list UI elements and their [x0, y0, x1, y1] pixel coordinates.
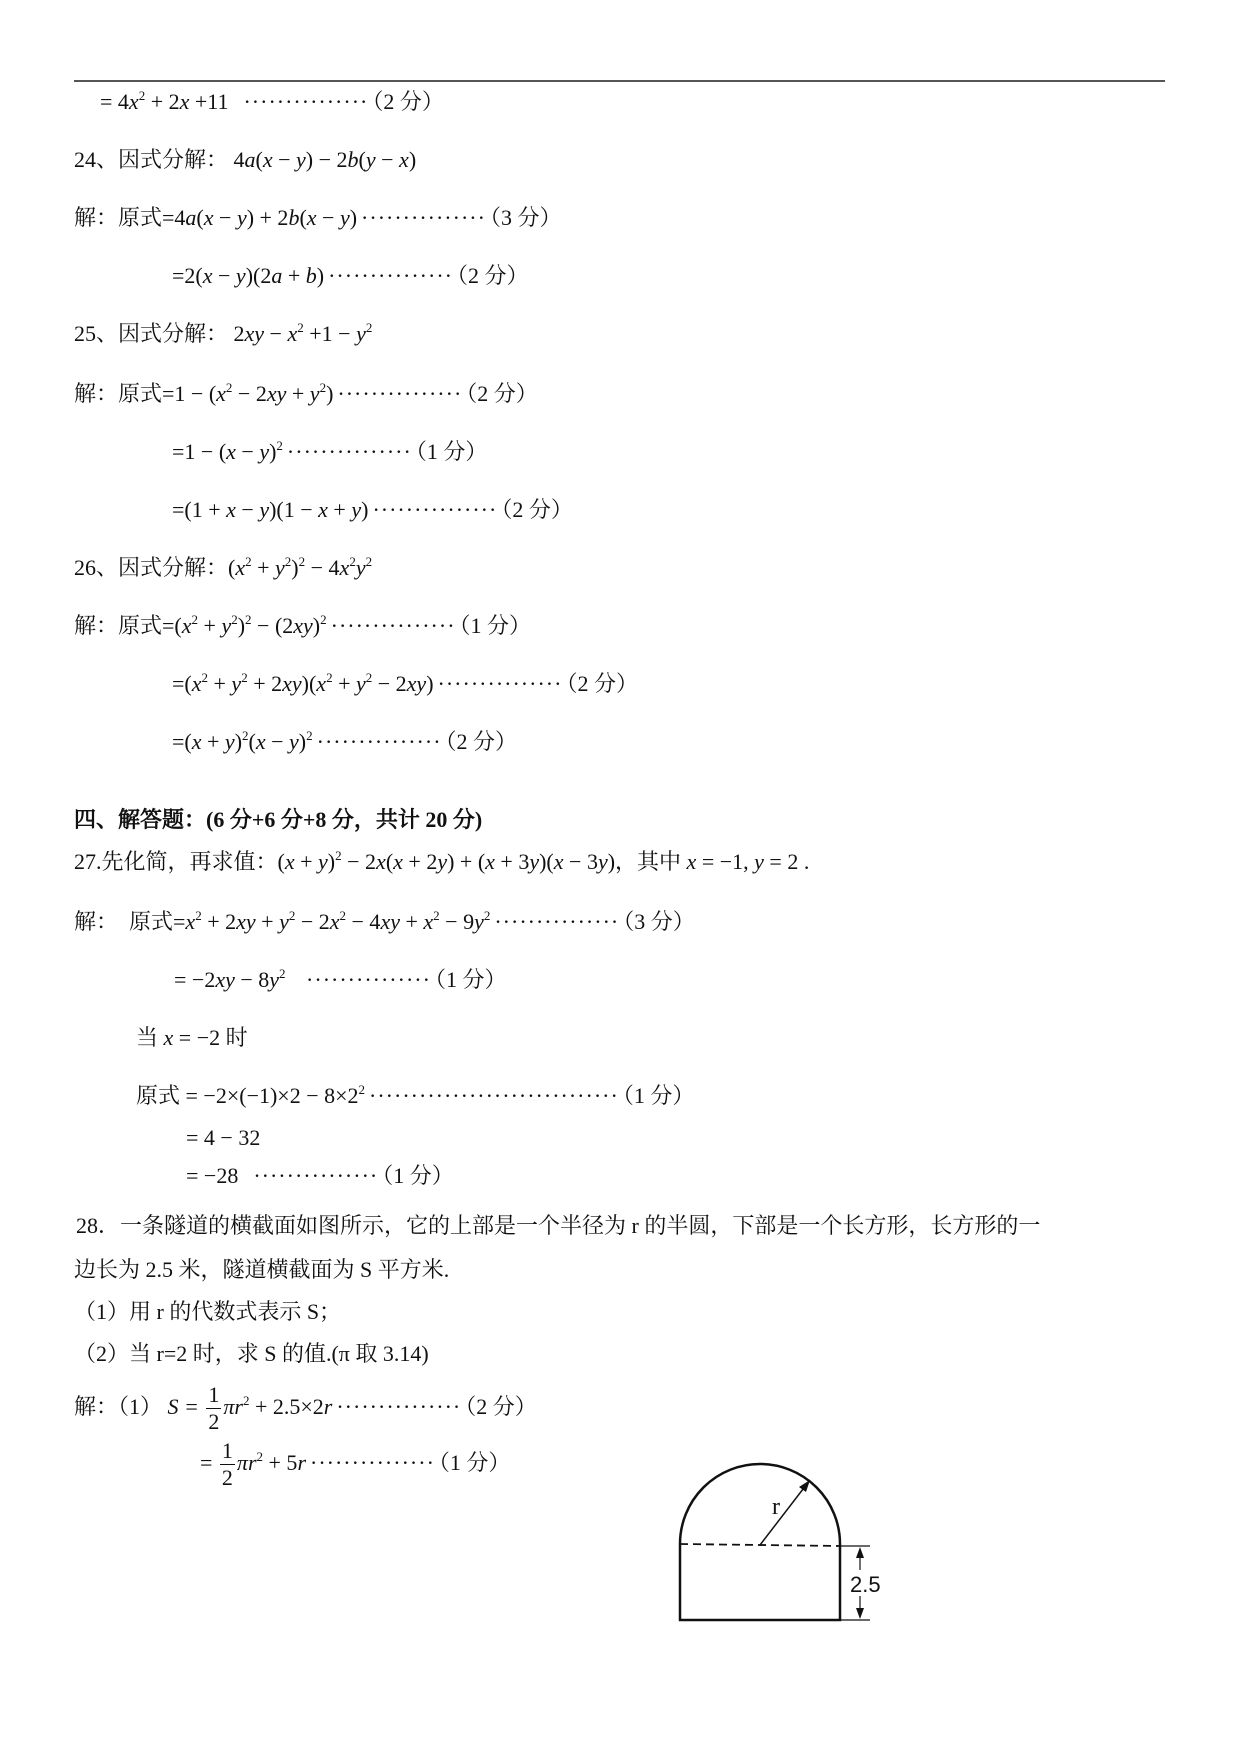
q24-prompt: 24、因式分解： 4a(x − y) − 2b(y − x) [74, 146, 416, 174]
q25-step2: =1 − (x − y)2···············（1 分） [172, 438, 487, 466]
score: （1 分） [416, 439, 488, 464]
height-label: 2.5 [850, 1572, 881, 1597]
score: （1 分） [623, 1083, 695, 1108]
leader-dots: ··············· [317, 729, 442, 754]
leader-dots: ··············· [337, 381, 462, 406]
tunnel-cross-section-figure: r 2.5 [660, 1440, 900, 1640]
section-4-heading: 四、解答题：(6 分+6 分+8 分，共计 20 分) [74, 806, 482, 834]
semicircle-arch [680, 1464, 840, 1544]
leader-dots: ··············· [336, 1394, 461, 1419]
q28-part2: （2）当 r=2 时，求 S 的值.(π 取 3.14) [74, 1340, 429, 1368]
score: （3 分） [490, 205, 562, 230]
S-lhs: S = [168, 1394, 205, 1419]
q27-prompt: 27.先化简，再求值：(x + y)2 − 2x(x + 2y) + (x + … [74, 848, 809, 876]
q27-condition: 当 x = −2 时 [136, 1024, 248, 1052]
q27-step5: = −28 ···············（1 分） [186, 1162, 454, 1190]
q24-step2: =2(x − y)(2a + b)···············（2 分） [172, 262, 529, 290]
q28-part1: （1）用 r 的代数式表示 S； [74, 1298, 341, 1326]
q25-prompt: 25、因式分解： 2xy − x2 +1 − y2 [74, 320, 372, 348]
score: （2 分） [372, 89, 444, 114]
score: （3 分） [623, 909, 695, 934]
solution-label: 解：原式= [74, 205, 174, 230]
score: （2 分） [465, 1394, 537, 1419]
arrow-up-icon [856, 1547, 864, 1558]
leader-dots: ··············· [310, 1450, 435, 1475]
radius-line [760, 1480, 810, 1545]
score: （2 分） [501, 497, 573, 522]
q27-step4: = 4 − 32 [186, 1124, 260, 1152]
solution-label: 解： 原式= [74, 909, 185, 934]
solution-label: 解：原式= [74, 381, 174, 406]
q25-label: 25、因式分解： [74, 321, 228, 346]
leader-dots: ··············· [306, 967, 431, 992]
q25-step3: =(1 + x − y)(1 − x + y)···············（2… [172, 496, 573, 524]
leader-dots: ··············· [494, 909, 619, 934]
header-rule [74, 80, 1165, 82]
q27-step1: 解： 原式=x2 + 2xy + y2 − 2x2 − 4xy + x2 − 9… [74, 908, 695, 936]
leader-dots: ······························ [369, 1083, 619, 1108]
q28-solution-step2: = 12πr2 + 5r···············（1 分） [200, 1436, 510, 1491]
q27-step3: 原式 = −2×(−1)×2 − 8×22···················… [136, 1082, 694, 1110]
result: = −28 [186, 1163, 238, 1188]
solution-label: 解：（1） [74, 1394, 162, 1419]
rectangle-outline [680, 1544, 840, 1620]
leader-dots: ··············· [253, 1163, 378, 1188]
leader-dots: ··············· [331, 613, 456, 638]
q26-step2: =(x2 + y2 + 2xy)(x2 + y2 − 2xy)·········… [172, 670, 638, 698]
score: （1 分） [439, 1450, 511, 1475]
score: （2 分） [466, 381, 538, 406]
q28-solution-step1: 解：（1） S = 12πr2 + 2.5×2r···············（… [74, 1380, 537, 1435]
fraction-one-half: 12 [220, 1438, 235, 1491]
q26-step3: =(x + y)2(x − y)2···············（2 分） [172, 728, 517, 756]
arrow-head-icon [799, 1480, 810, 1492]
q24-label: 24、因式分解： [74, 147, 228, 172]
leader-dots: ··············· [328, 263, 453, 288]
score: （1 分） [435, 967, 507, 992]
q26-step1: 解：原式=(x2 + y2)2 − (2xy)2···············（… [74, 612, 531, 640]
leader-dots: ··············· [243, 89, 368, 114]
leader-dots: ··············· [287, 439, 412, 464]
q24-step1: 解：原式=4a(x − y) + 2b(x − y)··············… [74, 204, 561, 232]
leader-dots: ··············· [372, 497, 497, 522]
q25-step1: 解：原式=1 − (x2 − 2xy + y2)···············（… [74, 380, 538, 408]
radius-label: r [772, 1494, 780, 1520]
q27-label: 27.先化简，再求值： [74, 849, 278, 874]
arrow-down-icon [856, 1608, 864, 1619]
q26-prompt: 26、因式分解：(x2 + y2)2 − 4x2y2 [74, 554, 372, 582]
fraction-one-half: 12 [206, 1382, 221, 1435]
solution-label: 解：原式= [74, 613, 174, 638]
original-expr-label: 原式 = [136, 1083, 203, 1108]
q26-label: 26、因式分解： [74, 555, 228, 580]
leader-dots: ··············· [438, 671, 563, 696]
score: （2 分） [566, 671, 638, 696]
score: （1 分） [382, 1163, 454, 1188]
q23-final-line: = 4x2 + 2x +11 ···············（2 分） [100, 88, 444, 116]
score: （2 分） [457, 263, 529, 288]
leader-dots: ··············· [361, 205, 486, 230]
q28-prompt-line2: 边长为 2.5 米，隧道横截面为 S 平方米. [74, 1256, 449, 1284]
score: （2 分） [446, 729, 518, 754]
q28-prompt-line1: 28．一条隧道的横截面如图所示，它的上部是一个半径为 r 的半圆，下部是一个长方… [76, 1212, 1040, 1240]
q27-step2: = −2xy − 8y2 ···············（1 分） [174, 966, 506, 994]
score: （1 分） [460, 613, 532, 638]
